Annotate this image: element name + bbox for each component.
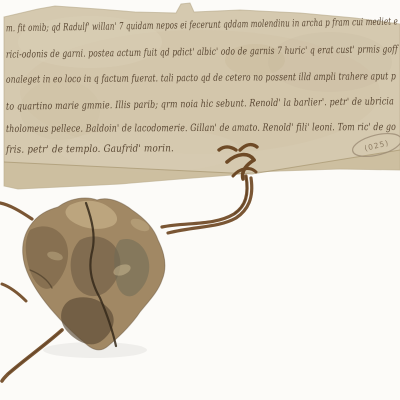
wax-seal <box>23 198 165 358</box>
parchment: m. fit omib; qd Radulf' willan' 7 quidam… <box>4 3 400 189</box>
cord-strand <box>162 176 252 233</box>
photograph-medieval-charter: m. fit omib; qd Radulf' willan' 7 quidam… <box>0 0 400 400</box>
manuscript-text-line-6: fris. petr' de templo. Gaufrid' morin. <box>5 143 174 155</box>
cord-left-strand <box>0 203 32 219</box>
manuscript-text-line-5: tholomeus pellece. Baldoin' de lacodomer… <box>6 122 396 135</box>
cord-fragment <box>2 284 26 301</box>
